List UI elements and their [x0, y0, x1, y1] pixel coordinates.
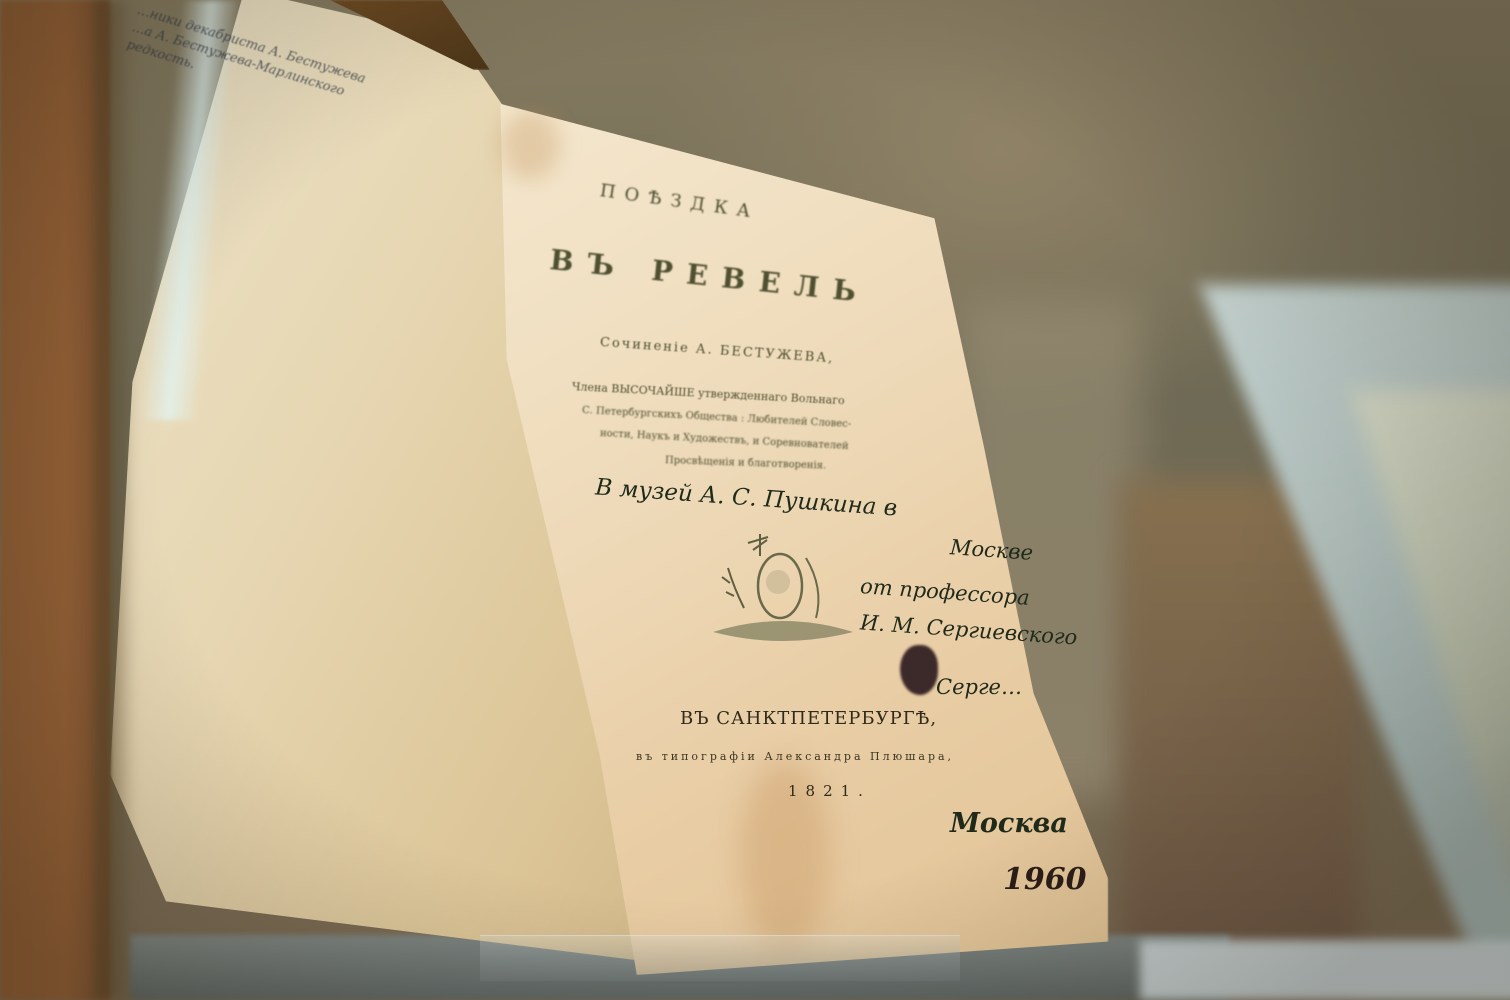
- imprint-year: 1821.: [788, 782, 871, 800]
- inscription-signature: Серге…: [936, 675, 1022, 699]
- water-stain: [500, 110, 560, 180]
- engraved-vignette-icon: [708, 528, 858, 646]
- acrylic-book-stand: [480, 935, 960, 981]
- inscription-place: Москва: [950, 808, 1068, 839]
- ink-blot: [900, 645, 938, 695]
- imprint-printer: въ типографіи Александра Плюшара,: [636, 750, 954, 763]
- display-shelf-right: [1140, 940, 1510, 1000]
- wooden-case-frame: [0, 0, 110, 1000]
- imprint-city: ВЪ САНКТПЕТЕРБУРГѢ,: [680, 708, 937, 729]
- frame-shadow: [95, 0, 135, 1000]
- inscription-year: 1960: [1003, 862, 1087, 897]
